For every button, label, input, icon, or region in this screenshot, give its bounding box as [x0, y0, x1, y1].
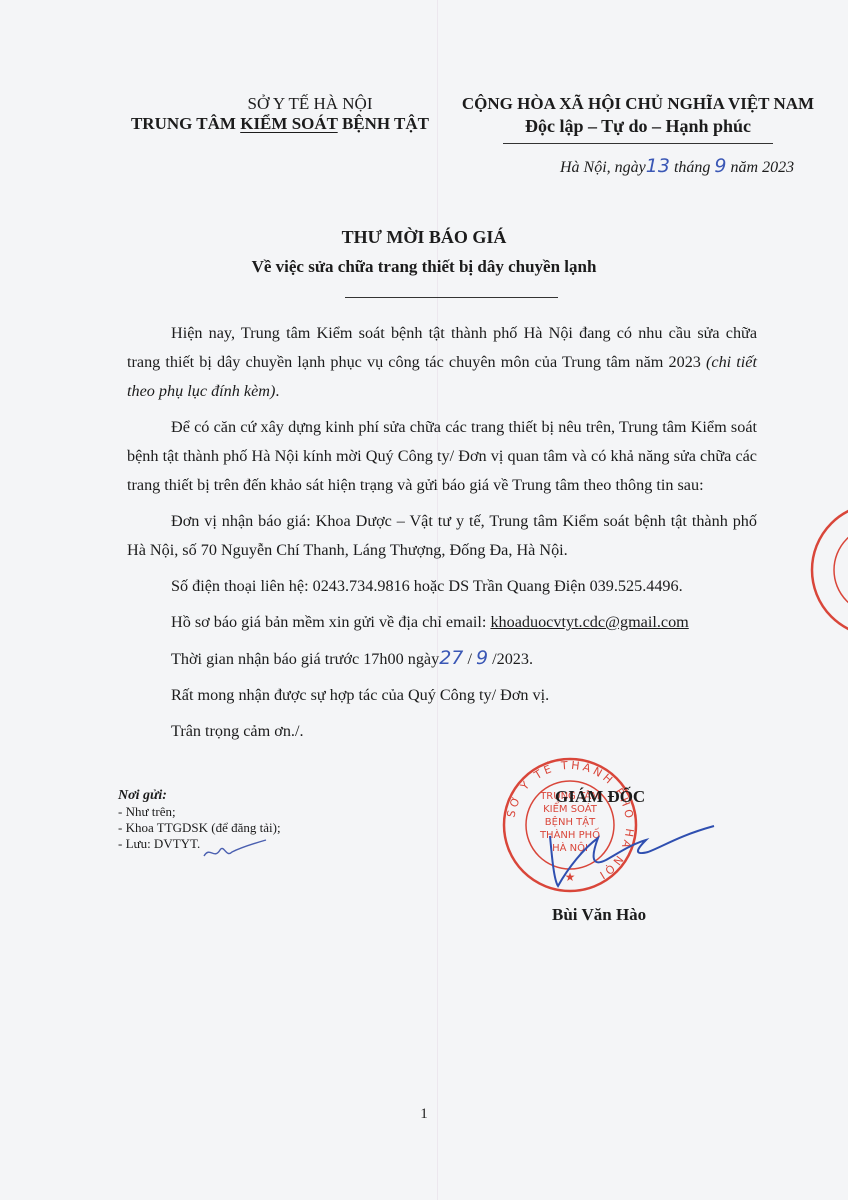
date-prefix: Hà Nội, ngày: [560, 159, 646, 176]
national-motto: Độc lập – Tự do – Hạnh phúc: [448, 116, 828, 137]
paragraph-cooperation: Rất mong nhận được sự hợp tác của Quý Cô…: [127, 681, 757, 710]
paragraph-recipient-unit: Đơn vị nhận báo giá: Khoa Dược – Vật tư …: [127, 507, 757, 565]
email-label: Hồ sơ báo giá bản mềm xin gửi về địa chỉ…: [171, 613, 490, 631]
nation-name: CỘNG HÒA XÃ HỘI CHỦ NGHĨA VIỆT NAM: [448, 94, 828, 114]
date-month-handwritten: 9: [714, 155, 726, 177]
date-month-label: tháng: [674, 159, 710, 176]
org-underlined: KIỂM SOÁT: [240, 114, 337, 133]
org-suffix: BỆNH TẬT: [338, 114, 429, 133]
paragraph-text: Hiện nay, Trung tâm Kiểm soát bệnh tật t…: [127, 324, 757, 371]
paragraph-email: Hồ sơ báo giá bản mềm xin gửi về địa chỉ…: [127, 608, 757, 637]
email-link[interactable]: khoaduocvtyt.cdc@gmail.com: [490, 613, 688, 631]
motto-underline: [503, 143, 773, 144]
recipient-item: - Như trên;: [118, 804, 281, 820]
paragraph-thanks: Trân trọng cảm ơn./.: [127, 717, 757, 746]
initials-signature-icon: [200, 838, 270, 864]
paragraph-need: Hiện nay, Trung tâm Kiểm soát bệnh tật t…: [127, 319, 757, 406]
org-prefix: TRUNG TÂM: [131, 114, 240, 133]
deadline-separator: /: [463, 650, 476, 668]
partial-seal-icon: [808, 500, 848, 640]
deadline-month-handwritten: 9: [476, 647, 488, 669]
letter-body: Hiện nay, Trung tâm Kiểm soát bệnh tật t…: [127, 319, 757, 753]
title-underline: [345, 297, 558, 298]
recipients-heading: Nơi gửi:: [118, 788, 281, 804]
date-year: năm 2023: [731, 159, 795, 176]
document-subject: Về việc sửa chữa trang thiết bị dây chuy…: [0, 257, 848, 277]
deadline-year: /2023.: [488, 650, 533, 668]
ministry-name: SỞ Y TẾ HÀ NỘI: [180, 94, 440, 114]
deadline-day-handwritten: 27: [439, 647, 463, 669]
signer-name: Bùi Văn Hào: [552, 905, 646, 925]
signer-role: GIÁM ĐỐC: [555, 787, 645, 807]
date-day-handwritten: 13: [646, 155, 670, 177]
director-signature-icon: [528, 808, 718, 888]
document-page: SỞ Y TẾ HÀ NỘI TRUNG TÂM KIỂM SOÁT BỆNH …: [0, 0, 848, 1200]
paragraph-invitation: Để có căn cứ xây dựng kinh phí sửa chữa …: [127, 413, 757, 500]
issue-date: Hà Nội, ngày13 tháng 9 năm 2023: [560, 155, 794, 177]
document-title: THƯ MỜI BÁO GIÁ: [0, 227, 848, 248]
organization-name: TRUNG TÂM KIỂM SOÁT BỆNH TẬT: [110, 114, 450, 134]
deadline-label: Thời gian nhận báo giá trước 17h00 ngày: [171, 650, 439, 668]
paragraph-end: .: [275, 382, 279, 400]
paragraph-deadline: Thời gian nhận báo giá trước 17h00 ngày2…: [127, 644, 757, 674]
recipient-item: - Khoa TTGDSK (để đăng tải);: [118, 820, 281, 836]
page-number: 1: [0, 1106, 848, 1123]
paragraph-phone: Số điện thoại liên hệ: 0243.734.9816 hoặ…: [127, 572, 757, 601]
